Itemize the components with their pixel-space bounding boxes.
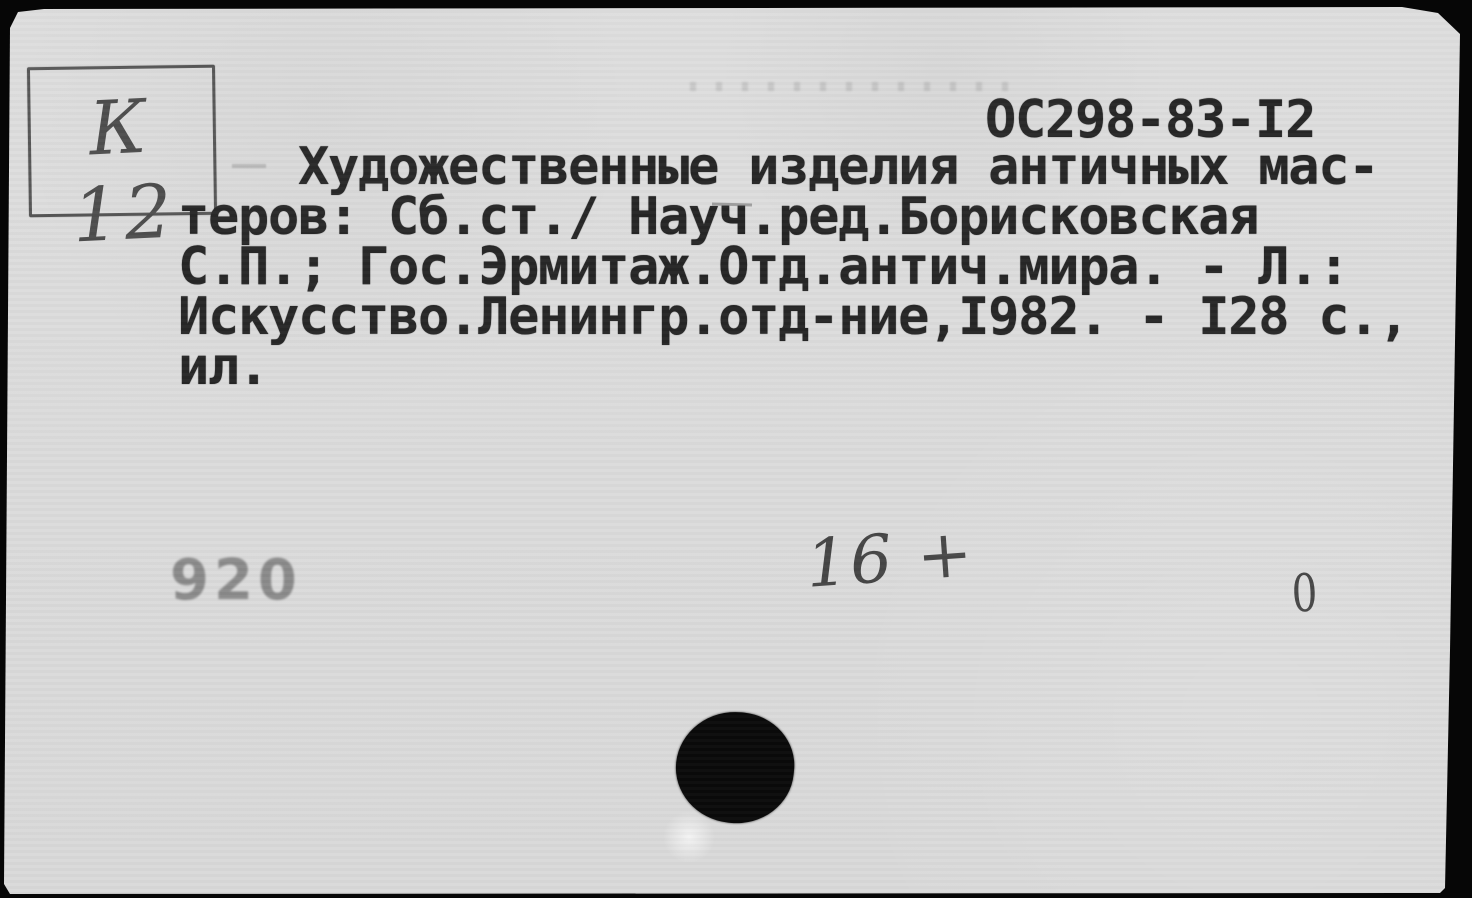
biblio-line: С.П.; Гос.Эрмитаж.Отд.антич.мира. - Л.: <box>178 242 1408 292</box>
hole-punch-mark <box>671 706 800 829</box>
scan-background: К 12 ОС298-83-I2 Художественные изделия … <box>0 0 1472 898</box>
biblio-line: теров: Сб.ст./ Науч.ред.Борисковская <box>178 192 1408 242</box>
pencil-note: 16 + <box>804 514 977 603</box>
pencil-zero-mark: 0 <box>1290 563 1318 625</box>
stamp-number: 920 <box>170 548 302 613</box>
catalog-card: К 12 ОС298-83-I2 Художественные изделия … <box>0 0 1472 898</box>
biblio-line: Искусство.Ленингр.отд-ние,I982. - I28 с.… <box>178 292 1408 342</box>
pencil-dash-mark <box>232 164 266 168</box>
bibliographic-entry: Художественные изделия античных мас- тер… <box>178 142 1408 392</box>
scanner-noise-specks <box>690 82 1020 91</box>
ink-smudge <box>662 812 716 862</box>
biblio-line: ил. <box>178 342 1408 392</box>
biblio-line: Художественные изделия античных мас- <box>178 142 1408 192</box>
